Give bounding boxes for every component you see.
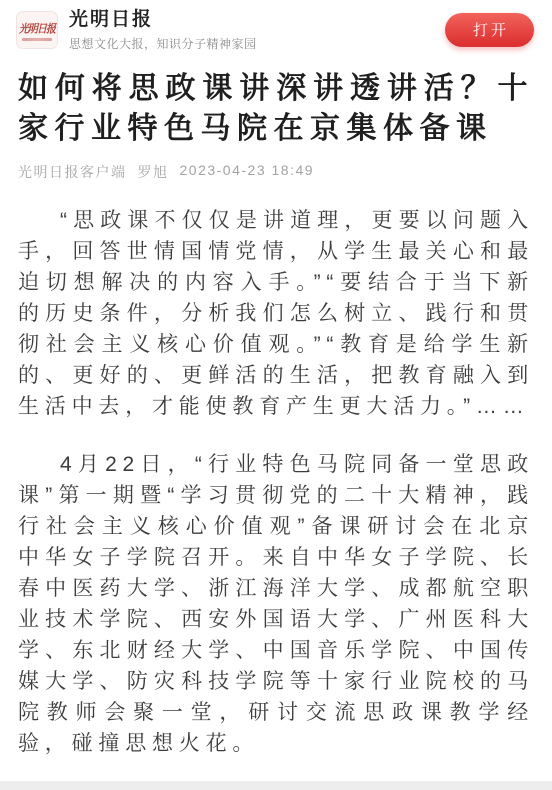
next-section-divider <box>0 781 552 790</box>
byline-author: 罗旭 <box>138 162 169 182</box>
article-byline: 光明日报客户端 罗旭 2023-04-23 18:49 <box>18 162 534 182</box>
app-name: 光明日报 <box>69 9 445 31</box>
app-banner: 光明日报 光明日报 思想文化大报，知识分子精神家园 打开 <box>0 0 552 58</box>
guangming-daily-logo-icon: 光明日报 <box>16 11 58 49</box>
article-paragraph-2: 4月22日，“行业特色马院同备一堂思政课”第一期暨“学习贯彻党的二十大精神，践行… <box>18 449 534 759</box>
logo-latin-subtext <box>22 38 52 41</box>
article-title: 如何将思政课讲深讲透讲活？十家行业特色马院在京集体备课 <box>18 69 534 149</box>
byline-source: 光明日报客户端 <box>18 162 127 182</box>
app-tagline: 思想文化大报，知识分子精神家园 <box>69 35 445 52</box>
article-page: 光明日报 光明日报 思想文化大报，知识分子精神家园 打开 如何将思政课讲深讲透讲… <box>0 0 552 790</box>
logo-calligraphy-text: 光明日报 <box>19 19 55 36</box>
article-paragraph-1: “思政课不仅仅是讲道理，更要以问题入手，回答世情国情党情，从学生最关心和最迫切想… <box>18 205 534 422</box>
article-body: “思政课不仅仅是讲道理，更要以问题入手，回答世情国情党情，从学生最关心和最迫切想… <box>18 205 534 759</box>
byline-datetime: 2023-04-23 18:49 <box>180 162 315 182</box>
open-in-app-button[interactable]: 打开 <box>445 13 534 47</box>
article-content: 如何将思政课讲深讲透讲活？十家行业特色马院在京集体备课 光明日报客户端 罗旭 2… <box>0 69 552 759</box>
app-meta: 光明日报 思想文化大报，知识分子精神家园 <box>69 9 445 52</box>
